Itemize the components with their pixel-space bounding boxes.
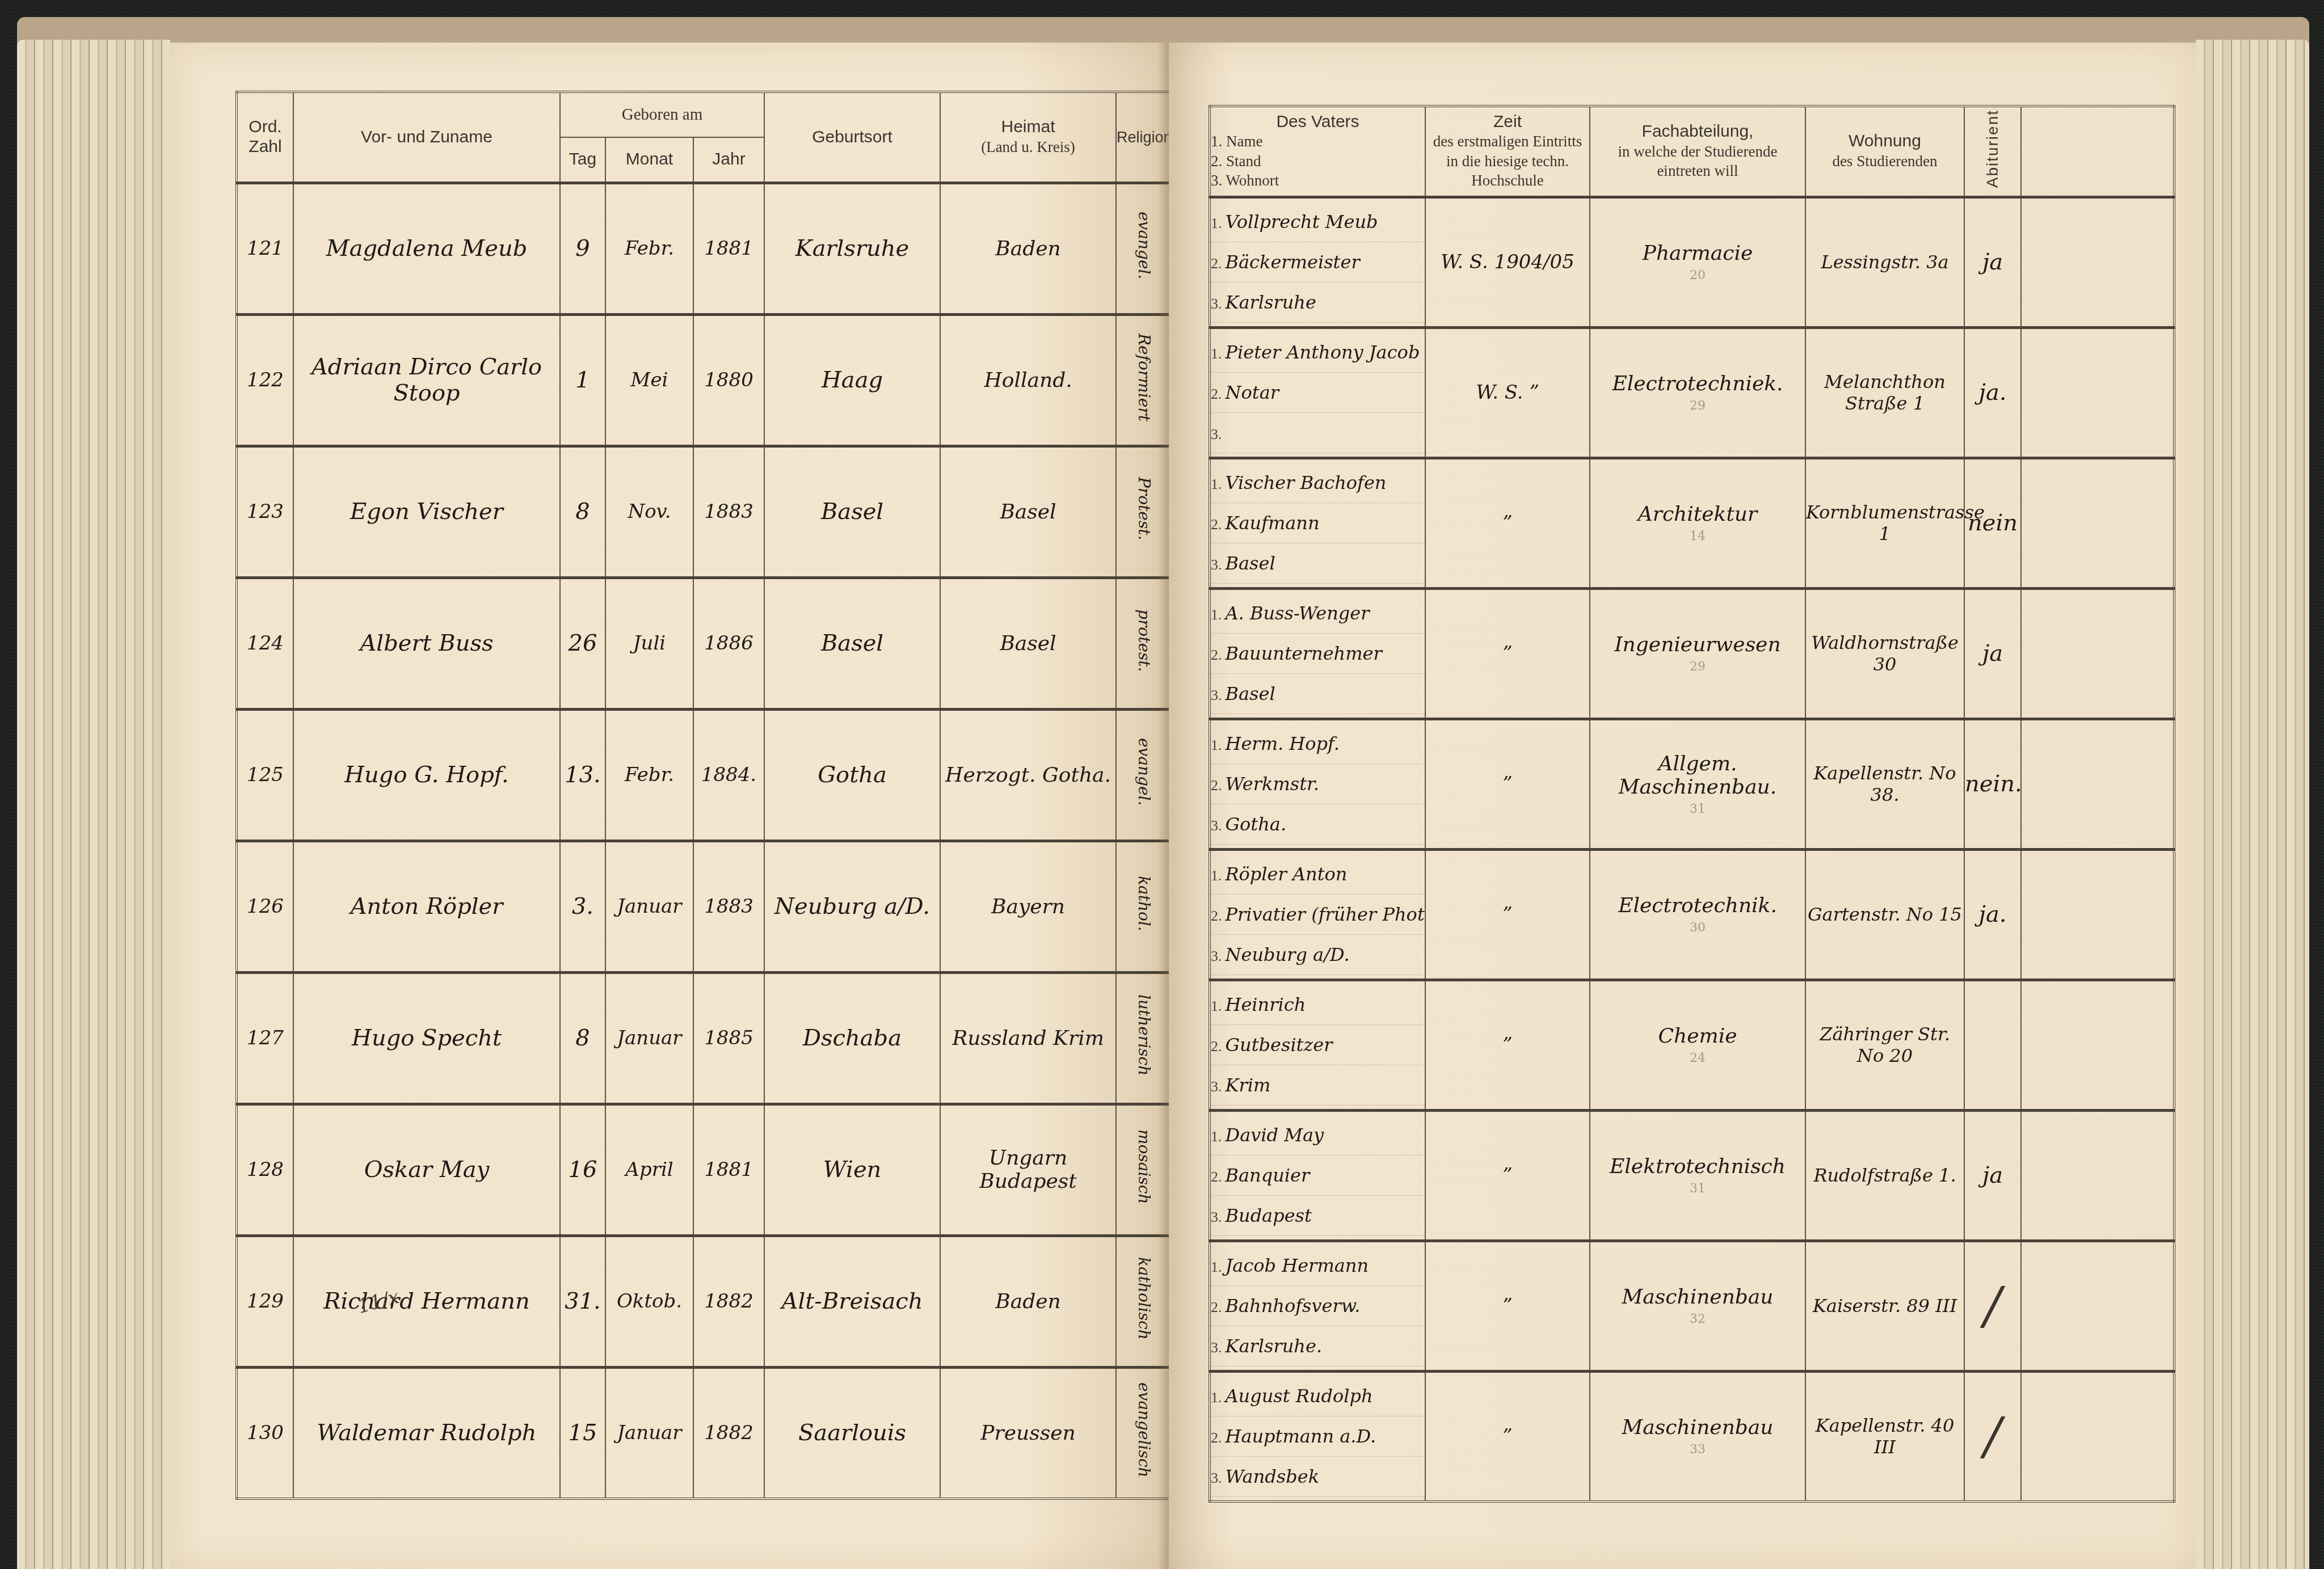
father-row: 1.Herm. Hopf. 2.Werkmstr. 3.Gotha. ” All… bbox=[1210, 719, 2174, 849]
student-row: 127 Hugo Specht 8 Januar 1885 Dschaba Ru… bbox=[237, 972, 1173, 1104]
department-cell: Elektrotechnisch 31 bbox=[1590, 1110, 1805, 1241]
abiturient-value: ja bbox=[1982, 249, 2003, 275]
birth-year: 1884. bbox=[693, 709, 764, 841]
ord-number: 130 bbox=[237, 1367, 293, 1499]
home-region: Herzogt. Gotha. bbox=[940, 709, 1116, 841]
student-residence: Lessingstr. 3a bbox=[1805, 197, 1964, 327]
home-region: Ungarn Budapest bbox=[940, 1104, 1116, 1235]
department-cell: Chemie 24 bbox=[1590, 980, 1805, 1110]
birth-day: 31. bbox=[560, 1235, 605, 1367]
father-cell: 1.August Rudolph 2.Hauptmann a.D. 3.Wand… bbox=[1210, 1371, 1425, 1501]
ord-number: 127 bbox=[237, 972, 293, 1104]
blank-cell bbox=[2021, 458, 2174, 588]
religion: mosaisch bbox=[1135, 1129, 1153, 1204]
father-name: 1.Herm. Hopf. bbox=[1211, 724, 1425, 764]
birthplace: Wien bbox=[764, 1104, 940, 1235]
department-cell: Maschinenbau 33 bbox=[1590, 1371, 1805, 1501]
father-residence: 3.Wandsbek bbox=[1211, 1457, 1425, 1497]
birthplace: Saarlouis bbox=[764, 1367, 940, 1499]
right-page: Des Vaters 1. Name 2. Stand 3. Wohnort Z… bbox=[1169, 43, 2196, 1569]
student-name: Richard Hermann bbox=[293, 1235, 560, 1367]
father-residence: 3.Basel bbox=[1211, 674, 1425, 714]
abiturient-cell: nein. bbox=[1964, 719, 2021, 849]
student-table: Ord. Zahl Vor- und Zuname Geboren am Geb… bbox=[235, 91, 1174, 1500]
pencil-note: 29 bbox=[1590, 660, 1805, 674]
department-cell: Pharmacie 20 bbox=[1590, 197, 1805, 327]
birth-year: 1881 bbox=[693, 1104, 764, 1235]
student-residence: Kornblumenstrasse 1 bbox=[1805, 458, 1964, 588]
student-name: Oskar May bbox=[293, 1104, 560, 1235]
blank-cell bbox=[2021, 327, 2174, 458]
birth-year: 1881 bbox=[693, 183, 764, 314]
student-residence: Rudolfstraße 1. bbox=[1805, 1110, 1964, 1241]
father-occupation: 2.Bauunternehmer bbox=[1211, 634, 1425, 674]
father-occupation: 2.Bahnhofsverw. bbox=[1211, 1286, 1425, 1326]
pencil-note: 33 bbox=[1590, 1443, 1805, 1457]
entry-time: ” bbox=[1425, 980, 1590, 1110]
pencil-note: 31 bbox=[1590, 1182, 1805, 1196]
father-cell: 1.A. Buss-Wenger 2.Bauunternehmer 3.Base… bbox=[1210, 588, 1425, 719]
father-row: 1.Heinrich 2.Gutbesitzer 3.Krim ” Chemie… bbox=[1210, 980, 2174, 1110]
religion: Reformiert bbox=[1135, 334, 1153, 421]
birthplace: Alt-Breisach bbox=[764, 1235, 940, 1367]
birthplace: Haag bbox=[764, 314, 940, 446]
student-name: Hugo G. Hopf. bbox=[293, 709, 560, 841]
birth-month: Januar bbox=[605, 1367, 693, 1499]
student-residence: Kaiserstr. 89 III bbox=[1805, 1241, 1964, 1371]
ord-number: 123 bbox=[237, 446, 293, 577]
birth-day: 26 bbox=[560, 577, 605, 709]
home-region: Basel bbox=[940, 446, 1116, 577]
father-residence: 3.Karlsruhe bbox=[1211, 282, 1425, 323]
student-residence: Kapellenstr. 40 III bbox=[1805, 1371, 1964, 1501]
abiturient-cell: ja. bbox=[1964, 849, 2021, 980]
birth-year: 1886 bbox=[693, 577, 764, 709]
birth-month: Mei bbox=[605, 314, 693, 446]
header-father: Des Vaters 1. Name 2. Stand 3. Wohnort bbox=[1210, 106, 1425, 197]
department-cell: Electrotechnik. 30 bbox=[1590, 849, 1805, 980]
father-name: 1.Vollprecht Meub bbox=[1211, 202, 1425, 242]
department: Chemie bbox=[1658, 1024, 1737, 1048]
student-name: Adriaan Dirco Carlo Stoop bbox=[293, 314, 560, 446]
department-cell: Architektur 14 bbox=[1590, 458, 1805, 588]
father-row: 1.Jacob Hermann 2.Bahnhofsverw. 3.Karlsr… bbox=[1210, 1241, 2174, 1371]
father-residence: 3.Neuburg a/D. bbox=[1211, 935, 1425, 975]
birth-month: April bbox=[605, 1104, 693, 1235]
father-occupation: 2.Banquier bbox=[1211, 1155, 1425, 1196]
entry-time: ” bbox=[1425, 849, 1590, 980]
student-residence: Waldhornstraße 30 bbox=[1805, 588, 1964, 719]
ord-number: 128 bbox=[237, 1104, 293, 1235]
left-page-edges bbox=[17, 40, 170, 1569]
department: Maschinenbau bbox=[1622, 1285, 1773, 1309]
father-name: 1.A. Buss-Wenger bbox=[1211, 593, 1425, 634]
father-residence: 3.Karlsruhe. bbox=[1211, 1326, 1425, 1366]
father-name: 1.Vischer Bachofen bbox=[1211, 463, 1425, 503]
blank-cell bbox=[2021, 849, 2174, 980]
blank-cell bbox=[2021, 719, 2174, 849]
header-abiturient: Abiturient bbox=[1964, 106, 2021, 197]
religion: protest. bbox=[1135, 609, 1153, 672]
entry-time: ” bbox=[1425, 588, 1590, 719]
father-row: 1.Pieter Anthony Jacob 2.Notar 3. W. S. … bbox=[1210, 327, 2174, 458]
father-cell: 1.David May 2.Banquier 3.Budapest bbox=[1210, 1110, 1425, 1241]
father-row: 1.A. Buss-Wenger 2.Bauunternehmer 3.Base… bbox=[1210, 588, 2174, 719]
birth-month: Januar bbox=[605, 972, 693, 1104]
department: Allgem. Maschinenbau. bbox=[1619, 752, 1776, 799]
father-occupation: 2.Bäckermeister bbox=[1211, 242, 1425, 282]
ledger-book: Ord. Zahl Vor- und Zuname Geboren am Geb… bbox=[17, 17, 2309, 1569]
ord-number: 126 bbox=[237, 841, 293, 972]
father-occupation: 2.Kaufmann bbox=[1211, 503, 1425, 543]
birth-day: 13. bbox=[560, 709, 605, 841]
checkmark-icon: / bbox=[1984, 1407, 2001, 1466]
header-time: Zeit des erstmaligen Eintritts in die hi… bbox=[1425, 106, 1590, 197]
father-cell: 1.Vischer Bachofen 2.Kaufmann 3.Basel bbox=[1210, 458, 1425, 588]
birth-year: 1885 bbox=[693, 972, 764, 1104]
blank-cell bbox=[2021, 588, 2174, 719]
pencil-note: 14 bbox=[1590, 529, 1805, 543]
father-occupation: 2.Notar bbox=[1211, 373, 1425, 413]
father-cell: 1.Herm. Hopf. 2.Werkmstr. 3.Gotha. bbox=[1210, 719, 1425, 849]
birth-day: 3. bbox=[560, 841, 605, 972]
birthplace: Basel bbox=[764, 446, 940, 577]
birthplace: Dschaba bbox=[764, 972, 940, 1104]
student-row: 125 Hugo G. Hopf. 13. Febr. 1884. Gotha … bbox=[237, 709, 1173, 841]
student-residence: Gartenstr. No 15 bbox=[1805, 849, 1964, 980]
header-ord: Ord. Zahl bbox=[237, 92, 293, 183]
department: Pharmacie bbox=[1643, 242, 1753, 265]
abiturient-cell: ja bbox=[1964, 588, 2021, 719]
religion: evangelisch bbox=[1135, 1382, 1153, 1478]
father-row: 1.August Rudolph 2.Hauptmann a.D. 3.Wand… bbox=[1210, 1371, 2174, 1501]
father-row: 1.Vollprecht Meub 2.Bäckermeister 3.Karl… bbox=[1210, 197, 2174, 327]
birthplace: Karlsruhe bbox=[764, 183, 940, 314]
father-name: 1.Heinrich bbox=[1211, 985, 1425, 1025]
entry-time: ” bbox=[1425, 1371, 1590, 1501]
father-occupation: 2.Gutbesitzer bbox=[1211, 1025, 1425, 1065]
abiturient-value: ja bbox=[1982, 640, 2003, 667]
ord-number: 129 bbox=[237, 1235, 293, 1367]
home-region: Baden bbox=[940, 183, 1116, 314]
student-residence: Zähringer Str. No 20 bbox=[1805, 980, 1964, 1110]
birth-day: 8 bbox=[560, 446, 605, 577]
father-residence: 3.Budapest bbox=[1211, 1196, 1425, 1236]
birthplace: Basel bbox=[764, 577, 940, 709]
student-name: Anton Röpler bbox=[293, 841, 560, 972]
birth-month: Febr. bbox=[605, 709, 693, 841]
header-year: Jahr bbox=[693, 137, 764, 183]
father-details-table: Des Vaters 1. Name 2. Stand 3. Wohnort Z… bbox=[1209, 105, 2175, 1503]
birth-month: Nov. bbox=[605, 446, 693, 577]
birth-year: 1882 bbox=[693, 1235, 764, 1367]
religion: lutherisch bbox=[1135, 994, 1153, 1075]
home-region: Preussen bbox=[940, 1367, 1116, 1499]
abiturient-cell: nein bbox=[1964, 458, 2021, 588]
birth-month: Oktob. bbox=[605, 1235, 693, 1367]
father-name: 1.Pieter Anthony Jacob bbox=[1211, 332, 1425, 373]
father-row: 1.Röpler Anton 2.Privatier (früher Photo… bbox=[1210, 849, 2174, 980]
department: Electrotechnik. bbox=[1618, 894, 1777, 917]
ord-number: 125 bbox=[237, 709, 293, 841]
department: Architektur bbox=[1638, 503, 1758, 526]
student-row: 123 Egon Vischer 8 Nov. 1883 Basel Basel… bbox=[237, 446, 1173, 577]
blank-cell bbox=[2021, 980, 2174, 1110]
abiturient-value: ja bbox=[1982, 1162, 2003, 1188]
religion: evangel. bbox=[1135, 738, 1153, 805]
header-month: Monat bbox=[605, 137, 693, 183]
header-born: Geboren am bbox=[560, 92, 764, 137]
student-name: Magdalena Meub bbox=[293, 183, 560, 314]
birth-year: 1883 bbox=[693, 841, 764, 972]
father-occupation: 2.Hauptmann a.D. bbox=[1211, 1416, 1425, 1457]
father-occupation: 2.Werkmstr. bbox=[1211, 764, 1425, 804]
blank-cell bbox=[2021, 1241, 2174, 1371]
student-row: 121 Magdalena Meub 9 Febr. 1881 Karlsruh… bbox=[237, 183, 1173, 314]
abiturient-cell: / bbox=[1964, 1371, 2021, 1501]
father-residence: 3. bbox=[1211, 413, 1425, 453]
birth-month: Juli bbox=[605, 577, 693, 709]
birth-month: Januar bbox=[605, 841, 693, 972]
header-blank bbox=[2021, 106, 2174, 197]
father-residence: 3.Krim bbox=[1211, 1065, 1425, 1106]
header-day: Tag bbox=[560, 137, 605, 183]
home-region: Holland. bbox=[940, 314, 1116, 446]
student-name: Hugo Specht bbox=[293, 972, 560, 1104]
department-cell: Ingenieurwesen 29 bbox=[1590, 588, 1805, 719]
student-row: 128 Oskar May 16 April 1881 Wien Ungarn … bbox=[237, 1104, 1173, 1235]
department-cell: Maschinenbau 32 bbox=[1590, 1241, 1805, 1371]
abiturient-cell bbox=[1964, 980, 2021, 1110]
birth-year: 1883 bbox=[693, 446, 764, 577]
abiturient-value: ja. bbox=[1979, 379, 2007, 406]
student-name: Waldemar Rudolph bbox=[293, 1367, 560, 1499]
birthplace: Gotha bbox=[764, 709, 940, 841]
birth-day: 8 bbox=[560, 972, 605, 1104]
header-residence: Wohnung des Studierenden bbox=[1805, 106, 1964, 197]
department: Maschinenbau bbox=[1622, 1416, 1773, 1439]
birth-month: Febr. bbox=[605, 183, 693, 314]
student-name: Albert Buss bbox=[293, 577, 560, 709]
father-row: 1.David May 2.Banquier 3.Budapest ” Elek… bbox=[1210, 1110, 2174, 1241]
blank-cell bbox=[2021, 1110, 2174, 1241]
father-residence: 3.Basel bbox=[1211, 543, 1425, 584]
birth-day: 16 bbox=[560, 1104, 605, 1235]
entry-time: ” bbox=[1425, 458, 1590, 588]
department: Ingenieurwesen bbox=[1614, 633, 1780, 656]
home-region: Basel bbox=[940, 577, 1116, 709]
birth-day: 1 bbox=[560, 314, 605, 446]
father-cell: 1.Pieter Anthony Jacob 2.Notar 3. bbox=[1210, 327, 1425, 458]
father-row: 1.Vischer Bachofen 2.Kaufmann 3.Basel ” … bbox=[1210, 458, 2174, 588]
birth-day: 9 bbox=[560, 183, 605, 314]
home-region: Baden bbox=[940, 1235, 1116, 1367]
father-name: 1.Jacob Hermann bbox=[1211, 1246, 1425, 1286]
student-row: 124 Albert Buss 26 Juli 1886 Basel Basel… bbox=[237, 577, 1173, 709]
abiturient-cell: / bbox=[1964, 1241, 2021, 1371]
entry-time: ” bbox=[1425, 1241, 1590, 1371]
ord-number: 121 bbox=[237, 183, 293, 314]
pencil-note: 20 bbox=[1590, 268, 1805, 282]
pencil-note: 31 bbox=[1590, 802, 1805, 816]
father-cell: 1.Röpler Anton 2.Privatier (früher Photo… bbox=[1210, 849, 1425, 980]
student-residence: Melanchthon Straße 1 bbox=[1805, 327, 1964, 458]
father-name: 1.Röpler Anton bbox=[1211, 854, 1425, 895]
birth-year: 1882 bbox=[693, 1367, 764, 1499]
birth-day: 15 bbox=[560, 1367, 605, 1499]
religion: evangel. bbox=[1135, 212, 1153, 279]
religion: katholisch bbox=[1135, 1257, 1153, 1340]
pencil-note: 24 bbox=[1590, 1051, 1805, 1065]
blank-cell bbox=[2021, 1371, 2174, 1501]
header-home: Heimat (Land u. Kreis) bbox=[940, 92, 1116, 183]
entry-time: ” bbox=[1425, 1110, 1590, 1241]
abiturient-value: nein. bbox=[1965, 771, 2022, 797]
student-row: 122 Adriaan Dirco Carlo Stoop 1 Mei 1880… bbox=[237, 314, 1173, 446]
home-region: Bayern bbox=[940, 841, 1116, 972]
header-department: Fachabteilung, in welche der Studierende… bbox=[1590, 106, 1805, 197]
entry-time: ” bbox=[1425, 719, 1590, 849]
father-cell: 1.Jacob Hermann 2.Bahnhofsverw. 3.Karlsr… bbox=[1210, 1241, 1425, 1371]
pencil-note: 29 bbox=[1590, 399, 1805, 413]
student-residence: Kapellenstr. No 38. bbox=[1805, 719, 1964, 849]
father-name: 1.David May bbox=[1211, 1115, 1425, 1155]
entry-time: W. S. ” bbox=[1425, 327, 1590, 458]
ord-number: 122 bbox=[237, 314, 293, 446]
pencil-note: 30 bbox=[1590, 921, 1805, 935]
abiturient-cell: ja bbox=[1964, 197, 2021, 327]
header-name: Vor- und Zuname bbox=[293, 92, 560, 183]
abiturient-value: ja. bbox=[1979, 901, 2007, 927]
student-row: 130 Waldemar Rudolph 15 Januar 1882 Saar… bbox=[237, 1367, 1173, 1499]
birthplace: Neuburg a/D. bbox=[764, 841, 940, 972]
department: Electrotechniek. bbox=[1613, 372, 1783, 395]
department: Elektrotechnisch bbox=[1610, 1155, 1786, 1178]
ord-number: 124 bbox=[237, 577, 293, 709]
student-row: 126 Anton Röpler 3. Januar 1883 Neuburg … bbox=[237, 841, 1173, 972]
home-region: Russland Krim bbox=[940, 972, 1116, 1104]
right-page-edges bbox=[2196, 40, 2309, 1569]
checkmark-icon: / bbox=[1984, 1276, 2001, 1336]
birth-year: 1880 bbox=[693, 314, 764, 446]
abiturient-value: nein bbox=[1968, 510, 2018, 536]
father-cell: 1.Vollprecht Meub 2.Bäckermeister 3.Karl… bbox=[1210, 197, 1425, 327]
abiturient-cell: ja bbox=[1964, 1110, 2021, 1241]
father-cell: 1.Heinrich 2.Gutbesitzer 3.Krim bbox=[1210, 980, 1425, 1110]
department-cell: Electrotechniek. 29 bbox=[1590, 327, 1805, 458]
left-page: Ord. Zahl Vor- und Zuname Geboren am Geb… bbox=[170, 43, 1169, 1569]
father-name: 1.August Rudolph bbox=[1211, 1376, 1425, 1416]
header-birthplace: Geburtsort bbox=[764, 92, 940, 183]
student-name: Egon Vischer bbox=[293, 446, 560, 577]
religion: Protest. bbox=[1135, 477, 1153, 540]
pencil-note: 32 bbox=[1590, 1312, 1805, 1326]
entry-time: W. S. 1904/05 bbox=[1425, 197, 1590, 327]
father-occupation: 2.Privatier (früher Photograph) bbox=[1211, 895, 1425, 935]
blank-cell bbox=[2021, 197, 2174, 327]
religion: kathol. bbox=[1135, 876, 1153, 931]
abiturient-cell: ja. bbox=[1964, 327, 2021, 458]
department-cell: Allgem. Maschinenbau. 31 bbox=[1590, 719, 1805, 849]
father-residence: 3.Gotha. bbox=[1211, 804, 1425, 845]
